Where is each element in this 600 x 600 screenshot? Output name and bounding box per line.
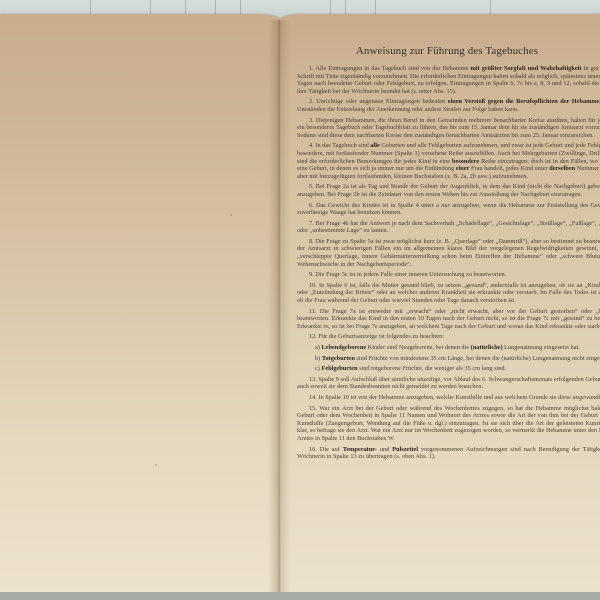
text-run: Frau handelt, jedes Kind unter: [469, 165, 549, 172]
bold-text: Temperatur-: [343, 446, 377, 453]
bold-text: (natürliche): [471, 344, 503, 351]
paragraph-p12b: b) Totgeburten sind Früchte von mindeste…: [309, 355, 600, 363]
paragraph-p16: 16. Die auf Temperatur- und Pulszettel v…: [297, 446, 600, 461]
paragraph-p4: 4. In das Tagebuch sind alle Geburten un…: [297, 142, 600, 180]
paragraph-p8: 8. Die Frage zu Spalte 5a ist zwar mögli…: [297, 238, 600, 268]
text-run: 14. In Spalte 10 ist von der Hebamme anz…: [309, 394, 558, 401]
text-run: b): [315, 355, 322, 362]
text-run: Kinder sind Neugeborene, bei denen die: [366, 344, 471, 351]
italic-text: diese angewandt: [558, 394, 600, 401]
text-run: 7. Bei Frage 4b hat die Antwort je nach …: [297, 220, 600, 235]
paragraph-p12c: c) Fehlgeburten sind totgeborene Früchte…: [309, 365, 600, 373]
bold-text: Totgeburten: [322, 355, 355, 362]
text-run: 15. War ein Arzt bei der Geburt oder wäh…: [297, 405, 600, 442]
text-run: 11. Die Frage 7a ist entweder mit „erwac…: [297, 308, 600, 330]
text-run: 5. Bei Frage 2a ist als Tag und Stunde d…: [297, 183, 600, 198]
table-surface: [0, 592, 600, 600]
document-title: Anweisung zur Führung des Tagebuches: [297, 44, 597, 58]
text-run: 2. Unrichtige oder ungenaue Eintragungen…: [309, 98, 448, 105]
paragraph-p6: 6. Das Gewicht des Kindes ist in Spalte …: [297, 202, 600, 217]
paragraph-p10: 10. In Spalte 6 ist, falls die Mutter ge…: [297, 282, 600, 305]
text-run: 6. Das Gewicht des Kindes ist in Spalte …: [309, 202, 441, 209]
text-run: 8. Die Frage zu Spalte 5a ist zwar mögli…: [297, 238, 600, 268]
paragraph-p14: 14. In Spalte 10 ist von der Hebamme anz…: [297, 394, 600, 402]
text-run: 3. Diejenigen Hebammen, die ihren Beruf …: [297, 117, 600, 139]
paragraph-p11: 11. Die Frage 7a ist entweder mit „erwac…: [297, 308, 600, 331]
sub-item-list: a) Lebendgeborene Kinder sind Neugeboren…: [297, 344, 600, 373]
text-run: sind Früchte von mindestens 35 cm Länge,…: [355, 355, 600, 362]
paragraph-p12a: a) Lebendgeborene Kinder sind Neugeboren…: [309, 344, 600, 352]
instructions-document: Anweisung zur Führung des Tagebuches 1. …: [297, 44, 600, 464]
text-run: 13. Spalte 9 soll Aufschluß über sämtlic…: [297, 376, 600, 391]
paragraph-p13: 13. Spalte 9 soll Aufschluß über sämtlic…: [297, 376, 600, 391]
bold-text: alle: [370, 142, 379, 149]
text-run: 10. In Spalte 6 ist, falls die Mutter ge…: [297, 282, 600, 304]
book-spine-gutter: [268, 20, 290, 596]
paragraph-p5: 5. Bei Frage 2a ist als Tag und Stunde d…: [297, 183, 600, 198]
paragraph-list: 1. Alle Eintragungen in das Tagebuch sin…: [297, 65, 600, 341]
text-run: 9. Die Frage 5c ist in jedem Falle einer…: [309, 271, 506, 278]
text-run: 16. Die auf: [309, 446, 343, 453]
paragraph-p2: 2. Unrichtige oder ungenaue Eintragungen…: [297, 98, 600, 113]
paragraph-p12: 12. Für die Geburtsanzeige ist folgendes…: [297, 333, 600, 341]
bold-text: besondere: [452, 158, 479, 165]
paragraph-p7: 7. Bei Frage 4b hat die Antwort je nach …: [297, 220, 600, 235]
paragraph-p3: 3. Diejenigen Hebammen, die ihren Beruf …: [297, 117, 600, 140]
text-run: 1. Alle Eintragungen in das Tagebuch sin…: [309, 65, 471, 72]
bold-text: mit größter Sorgfalt und Wahrhaftigkeit: [471, 65, 582, 72]
bold-text: derselben: [549, 165, 575, 172]
text-run: und: [377, 446, 392, 453]
bold-text: Lebendgeborene: [321, 344, 366, 351]
paragraph-p15: 15. War ein Arzt bei der Geburt oder wäh…: [297, 405, 600, 443]
bold-text: Fehlgeburten: [321, 365, 357, 372]
paper-spot: [230, 214, 232, 216]
italic-text: nur: [441, 202, 450, 209]
paragraph-p9: 9. Die Frage 5c ist in jedem Falle einer…: [297, 271, 600, 279]
paragraph-list-end: 13. Spalte 9 soll Aufschluß über sämtlic…: [297, 376, 600, 461]
paper-spot: [155, 464, 157, 466]
bold-text: Pulszettel: [392, 446, 418, 453]
text-run: 4. In das Tagebuch sind: [309, 142, 370, 149]
bold-text: einer: [456, 165, 470, 172]
text-run: Lungenatmung eingesetzt hat.: [503, 344, 580, 351]
paragraph-p1: 1. Alle Eintragungen in das Tagebuch sin…: [297, 65, 600, 95]
left-page-blank: [0, 14, 280, 596]
text-run: 12. Für die Geburtsanzeige ist folgendes…: [309, 333, 444, 340]
bold-text: einen Verstoß gegen die Berufspflichten …: [448, 98, 600, 105]
text-run: sind totgeborene Früchte, die weniger al…: [358, 365, 507, 372]
